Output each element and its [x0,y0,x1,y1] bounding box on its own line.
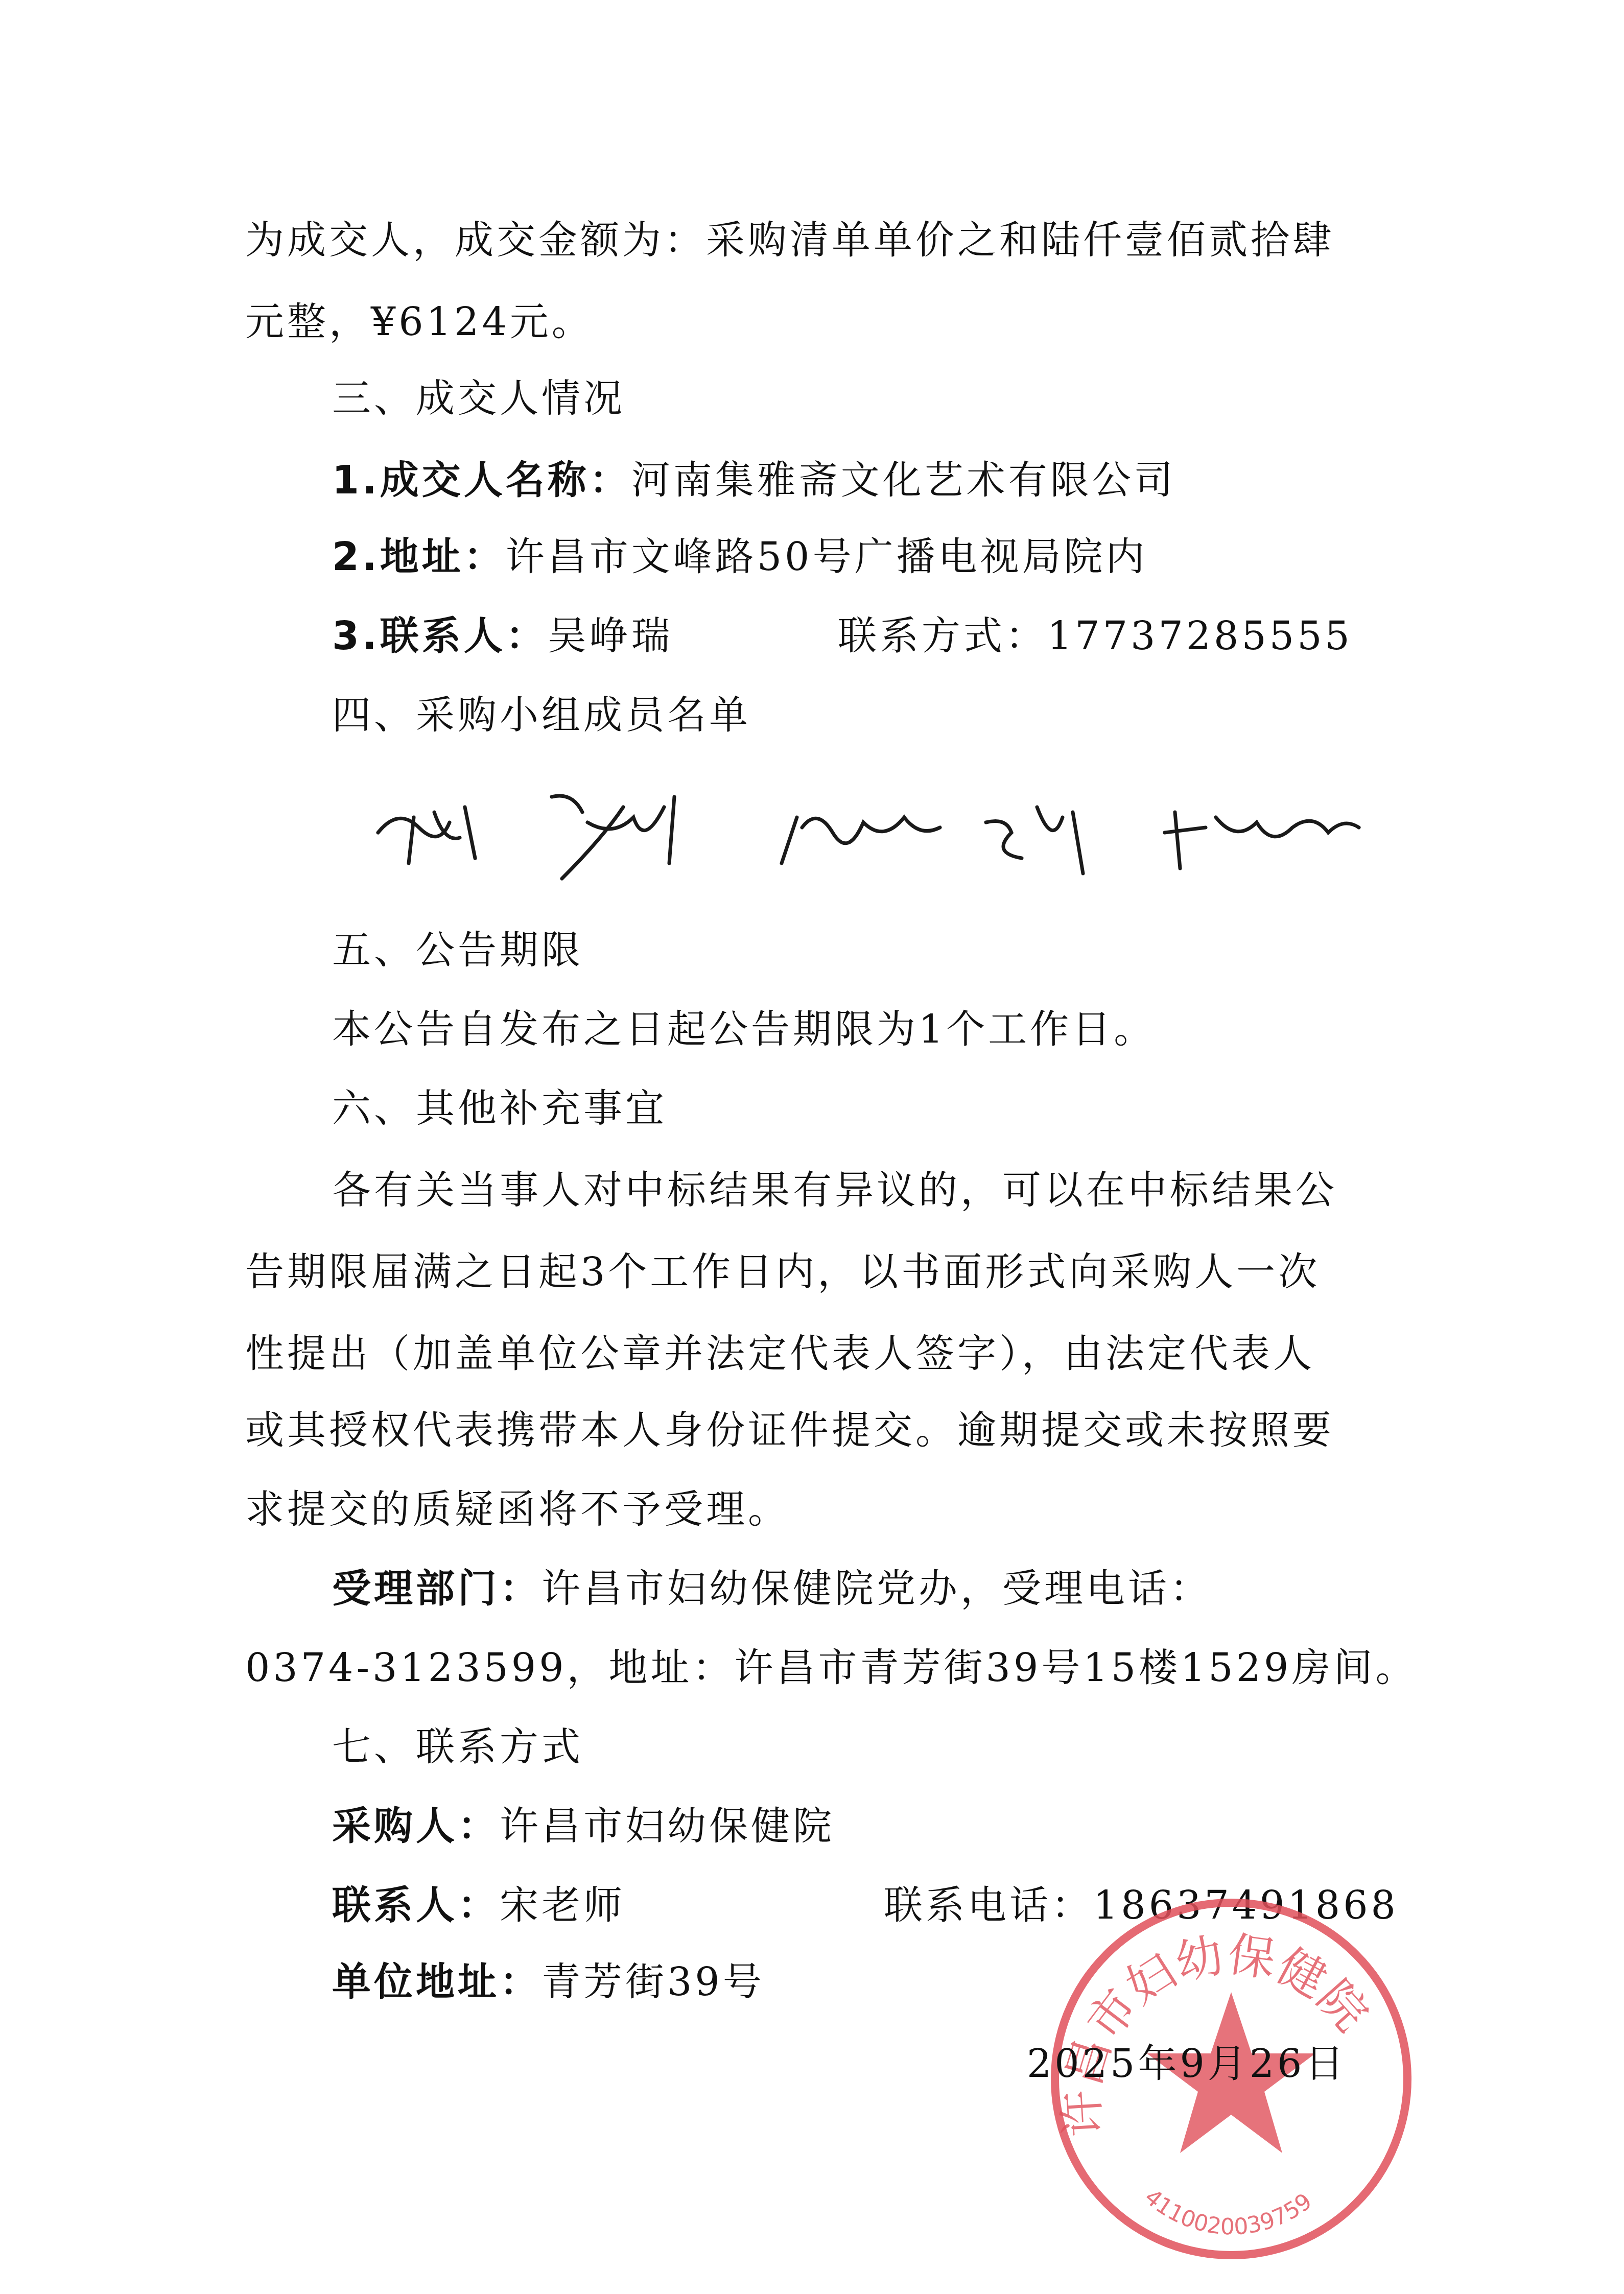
buyer-value: 许昌市妇幼保健院 [500,1803,835,1849]
signature-3 [782,817,940,863]
buyer-address-label: 单位地址： [332,1959,542,2004]
section-5-heading: 五、公告期限 [332,925,583,976]
signature-2 [552,796,674,879]
buyer-contact-value: 宋老师 [500,1882,625,1928]
winner-phone-row: 联系方式：17737285555 [838,610,1353,661]
winner-address-value: 许昌市文峰路50号广播电视局院内 [506,534,1148,579]
dept-label: 受理部门： [332,1566,542,1611]
dept-value: 许昌市妇幼保健院党办，受理电话： [542,1566,1212,1611]
buyer-contact-row: 联系人：宋老师 [332,1880,625,1931]
winner-address-row: 2.地址：许昌市文峰路50号广播电视局院内 [332,531,1147,582]
objection-line-2: 告期限届满之日起3个工作日内，以书面形式向采购人一次 [245,1246,1320,1297]
section-3-heading: 三、成交人情况 [332,373,625,424]
signature-5 [1165,812,1359,868]
section-4-heading: 四、采购小组成员名单 [332,690,751,741]
objection-line-4: 或其授权代表携带本人身份证件提交。逾期提交或未按照要 [245,1405,1334,1456]
objection-line-3: 性提出（加盖单位公章并法定代表人签字），由法定代表人 [245,1328,1315,1379]
notice-period-text: 本公告自发布之日起公告期限为1个工作日。 [332,1004,1156,1055]
winner-contact-label: 3.联系人： [332,613,548,658]
winner-phone-label: 联系方式： [838,613,1047,658]
buyer-label: 采购人： [332,1803,500,1849]
section-6-heading: 六、其他补充事宜 [332,1083,667,1134]
signature-4 [986,807,1083,873]
winner-name-value: 河南集雅斋文化艺术有限公司 [631,457,1176,503]
winner-contact-row: 3.联系人：吴峥瑞 [332,610,673,661]
signature-1 [378,807,475,863]
winner-name-label: 1.成交人名称： [332,457,631,503]
intro-line-2: 元整，¥6124元。 [245,296,594,347]
winner-phone-value: 17737285555 [1047,613,1353,658]
buyer-contact-label: 联系人： [332,1882,500,1928]
seal-code: 4110020039759 [1140,2184,1317,2240]
buyer-row: 采购人：许昌市妇幼保健院 [332,1801,835,1852]
svg-text:4110020039759: 4110020039759 [1140,2184,1317,2240]
winner-address-label: 2.地址： [332,534,506,579]
section-7-heading: 七、联系方式 [332,1721,583,1772]
document-date: 2025年9月26日 [1027,2038,1347,2089]
winner-name-row: 1.成交人名称：河南集雅斋文化艺术有限公司 [332,455,1176,506]
dept-row: 受理部门：许昌市妇幼保健院党办，受理电话： [332,1563,1212,1614]
objection-line-1: 各有关当事人对中标结果有异议的，可以在中标结果公 [332,1165,1337,1216]
winner-contact-value: 吴峥瑞 [548,613,673,658]
buyer-address-row: 单位地址：青芳街39号 [332,1956,765,2007]
intro-line-1: 为成交人，成交金额为：采购清单单价之和陆仟壹佰贰拾肆 [245,215,1334,266]
member-signatures [358,776,1533,889]
buyer-address-value: 青芳街39号 [542,1959,765,2004]
objection-line-5: 求提交的质疑函将不予受理。 [245,1484,790,1535]
dept-line-2: 0374-3123599，地址：许昌市青芳街39号15楼1529房间。 [245,1642,1417,1693]
